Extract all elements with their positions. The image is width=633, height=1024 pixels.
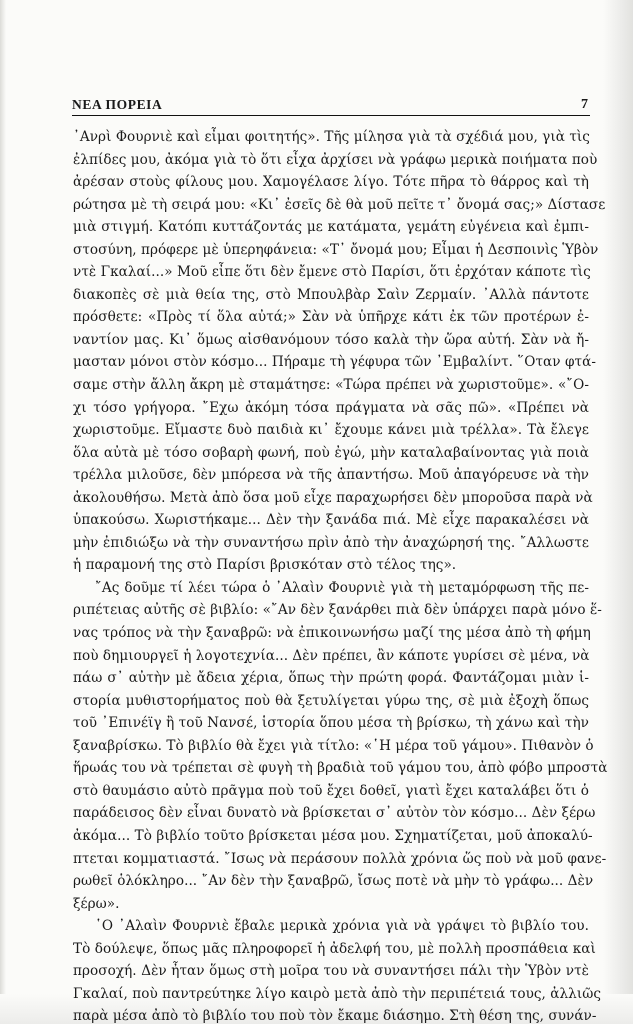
text-line: Τὸ δούλεψε, ὅπως μᾶς πληροφορεῖ ἡ ἀδελφή… (73, 938, 589, 961)
text-line: στοσύνη, πρόφερε μὲ ὑπερηφάνεια: «Τ᾿ ὄνο… (73, 239, 589, 262)
text-line: διακοπὲς σὲ μιὰ θεία της, στὸ Μπουλβὰρ Σ… (73, 284, 589, 307)
text-line: ἀκολουθήσω. Μετὰ ἀπὸ ὅσα μοῦ εἶχε παραχω… (73, 487, 589, 510)
text-line: ἥρωάς του νὰ τρέπεται σὲ φυγὴ τὴ βραδιὰ … (73, 757, 589, 780)
text-line: ὑπακούσω. Χωριστήκαμε... Δὲν τὴν ξανάδα … (73, 509, 589, 532)
text-line: ξαναβρίσκω. Τὸ βιβλίο θὰ ἔχει γιὰ τίτλο:… (73, 735, 589, 758)
text-line: ποὺ δημιουργεῖ ἡ λογοτεχνία... Δὲν πρέπε… (73, 645, 589, 668)
text-line: προσοχή. Δὲν ἦταν ὅμως στὴ μοῖρα του νὰ … (73, 960, 589, 983)
text-line: ριπέτειας αὐτῆς σὲ βιβλίο: «῎Αν δὲν ξανά… (73, 599, 589, 622)
text-line: στὸ θαυμάσιο αὐτὸ πρᾶγμα ποὺ τοῦ ἔχει δο… (73, 780, 589, 803)
text-line: ὅλα αὐτὰ μὲ τόσο σοβαρὴ φωνή, ποὺ ἐγώ, μ… (73, 442, 589, 465)
running-header: ΝΕΑ ΠΟΡΕΙΑ 7 (72, 97, 590, 116)
page-edge-shadow-left (0, 0, 6, 1024)
text-line: ἡ παραμονή της στὸ Παρίσι βρισκόταν στὸ … (73, 554, 589, 577)
text-line: ξέρω». (73, 893, 589, 916)
paragraph: ᾿Ανρὶ Φουρνιὲ καὶ εἶμαι φοιτητής». Τῆς μ… (73, 126, 589, 577)
text-line: τοῦ ᾿Επινέϊγ ἢ τοῦ Νανσέ, ἱστορία ὅπου μ… (73, 712, 589, 735)
paragraph: ῾Ο ᾿Αλαὶν Φουρνιὲ ἔβαλε μερικὰ χρόνια γι… (73, 915, 589, 1024)
text-line: ἀρέσαν στοὺς φίλους μου. Χαμογέλασε λίγο… (73, 171, 589, 194)
text-line: παράδεισος δὲν εἶναι δυνατὸ νὰ βρίσκεται… (73, 802, 589, 825)
running-title: ΝΕΑ ΠΟΡΕΙΑ (72, 97, 162, 113)
body-text: ᾿Ανρὶ Φουρνιὲ καὶ εἶμαι φοιτητής». Τῆς μ… (73, 126, 589, 1024)
text-line: παρὰ μέσα ἀπὸ τὸ βιβλίο του ποὺ τὸν ἔκαμ… (73, 1005, 589, 1024)
text-line: ρώτησα μὲ τὴ σειρά μου: «Κι᾿ ἐσεῖς δὲ θὰ… (73, 194, 589, 217)
text-line: ἐλπίδες μου, ἀκόμα γιὰ τὸ ὅτι εἶχα ἀρχίσ… (73, 149, 589, 172)
text-line: χωριστοῦμε. Εἴμαστε δυὸ παιδιὰ κι᾿ ἔχουμ… (73, 419, 589, 442)
page-edge-shadow-right (603, 0, 633, 1024)
text-line: πάω σ᾿ αὐτὴν μὲ ἄδεια χέρια, ὅπως τὴν πρ… (73, 667, 589, 690)
text-line: ῎Ας δοῦμε τί λέει τώρα ὁ ᾿Αλαὶν Φουρνιὲ … (73, 577, 589, 600)
text-line: σαμε στὴν ἄλλη ἄκρη μὲ σταμάτησε: «Τώρα … (73, 374, 589, 397)
text-line: Γκαλαί, ποὺ παντρεύτηκε λίγο καιρὸ μετὰ … (73, 983, 589, 1006)
paragraph: ῎Ας δοῦμε τί λέει τώρα ὁ ᾿Αλαὶν Φουρνιὲ … (73, 577, 589, 915)
text-line: ᾿Ανρὶ Φουρνιὲ καὶ εἶμαι φοιτητής». Τῆς μ… (73, 126, 589, 149)
text-line: ναντίον μας. Κι᾿ ὅμως αἰσθανόμουν τόσο κ… (73, 329, 589, 352)
text-line: ρωθεῖ ὁλόκληρο... ῎Αν δὲν τὴν ξαναβρῶ, ἴ… (73, 870, 589, 893)
text-line: νας τρόπος νὰ τὴν ξαναβρῶ: νὰ ἐπικοινωνή… (73, 622, 589, 645)
text-line: ντὲ Γκαλαί...» Μοῦ εἶπε ὅτι δὲν ἔμενε στ… (73, 261, 589, 284)
text-line: τρέλλα μιλοῦσε, δὲν μπόρεσα νὰ τῆς ἀπαντ… (73, 464, 589, 487)
text-line: μασταν μόνοι στὸν κόσμο... Πήραμε τὴ γέφ… (73, 351, 589, 374)
text-line: πρόσθετε: «Πρὸς τί ὅλα αὐτά;» Σὰν νὰ ὑπῆ… (73, 306, 589, 329)
page-number: 7 (581, 97, 588, 113)
text-line: στορία μυθιστορήματος ποὺ θὰ ξετυλίγεται… (73, 690, 589, 713)
text-line: μιὰ στιγμή. Κατόπι κυττάζοντάς με κατάμα… (73, 216, 589, 239)
text-line: ἀκόμα... Τὸ βιβλίο τοῦτο βρίσκεται μέσα … (73, 825, 589, 848)
text-line: μὴν ἐπιδιώξω νὰ τὴν συναντήσω πρὶν ἀπὸ τ… (73, 532, 589, 555)
text-line: πτεται κομματιαστά. ῎Ισως νὰ περάσουν πο… (73, 848, 589, 871)
text-line: χι τόσο γρήγορα. ῎Εχω ἀκόμη τόσα πράγματ… (73, 397, 589, 420)
text-line: ῾Ο ᾿Αλαὶν Φουρνιὲ ἔβαλε μερικὰ χρόνια γι… (73, 915, 589, 938)
